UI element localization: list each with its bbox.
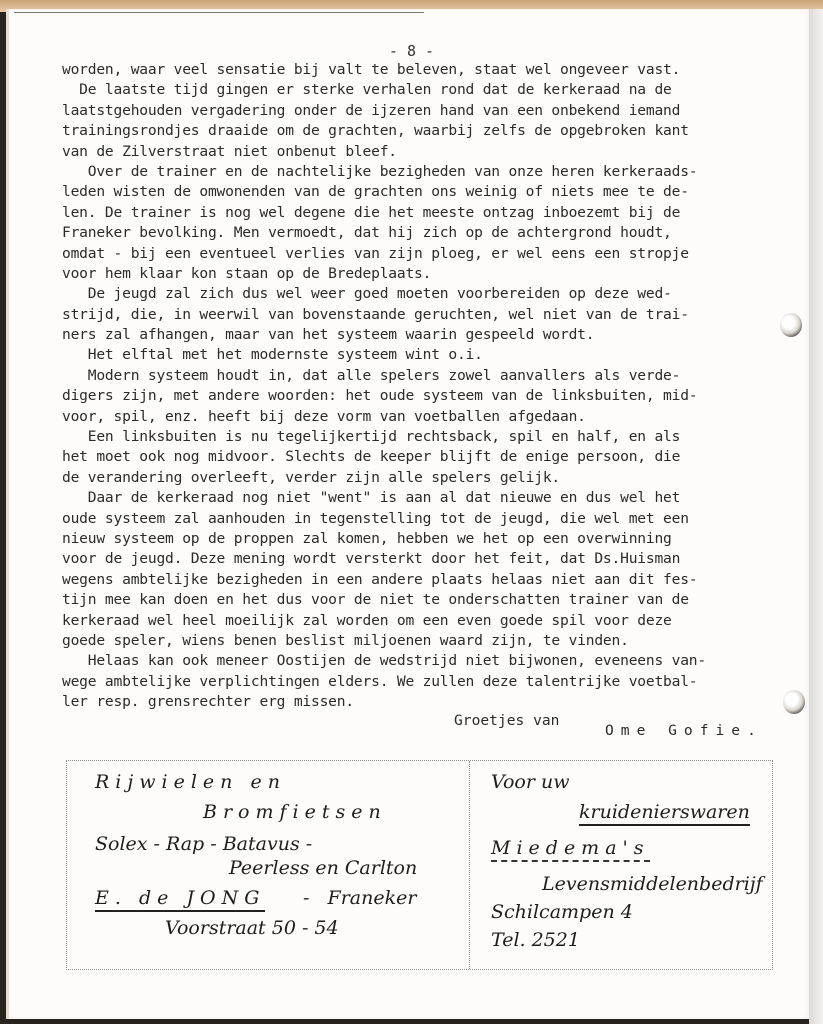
text-line: wegens ambtelijke bezigheden in een ande… bbox=[62, 570, 782, 590]
text-line: tijn mee kan doen en het dus voor de nie… bbox=[62, 590, 782, 610]
ad-right-address: Schilcampen 4 bbox=[491, 901, 633, 923]
ad-left-brands: Solex - Rap - Batavus - bbox=[95, 833, 312, 855]
ad-left-address: Voorstraat 50 - 54 bbox=[165, 917, 339, 939]
text-line: goede speler, wiens benen beslist miljoe… bbox=[62, 631, 782, 651]
text-line: ler resp. grensrechter erg missen. bbox=[62, 692, 782, 712]
text-line: laatstgehouden vergadering onder de ijze… bbox=[62, 101, 782, 121]
text-line: Modern systeem houdt in, dat alle speler… bbox=[62, 366, 782, 386]
ad-right-phone: Tel. 2521 bbox=[491, 929, 580, 951]
text-line: Helaas kan ook meneer Oostijen de wedstr… bbox=[62, 651, 782, 671]
ad-left-town: - Franeker bbox=[303, 887, 416, 909]
text-line: Franeker bevolking. Men vermoedt, dat hi… bbox=[62, 223, 782, 243]
top-rule bbox=[14, 12, 424, 13]
text-line: oude systeem zal aanhouden in tegenstell… bbox=[62, 509, 782, 529]
ads-divider bbox=[469, 761, 470, 969]
text-line: Daar de kerkeraad nog niet "went" is aan… bbox=[62, 488, 782, 508]
text-line: trainingsrondjes draaide om de grachten,… bbox=[62, 121, 782, 141]
text-line: leden wisten de omwonenden van de gracht… bbox=[62, 182, 782, 202]
article-body: worden, waar veel sensatie bij valt te b… bbox=[62, 60, 782, 713]
text-line: kerkeraad wel heel moeilijk zal worden o… bbox=[62, 611, 782, 631]
text-line: van de Zilverstraat niet onbenut bleef. bbox=[62, 142, 782, 162]
author-signature: Ome Gofie. bbox=[605, 722, 763, 739]
text-line: voor hem klaar kon staan op de Bredeplaa… bbox=[62, 264, 782, 284]
signoff-text: Groetjes van bbox=[454, 712, 559, 729]
text-line: De laatste tijd gingen er sterke verhale… bbox=[62, 80, 782, 100]
text-line: voor de jeugd. Deze mening wordt verster… bbox=[62, 549, 782, 569]
text-line: het moet ook nog midvoor. Slechts de kee… bbox=[62, 447, 782, 467]
text-line: nieuw systeem op de proppen zal komen, h… bbox=[62, 529, 782, 549]
ad-left-shop-name: E. de JONG bbox=[95, 887, 265, 912]
text-line: de verandering overleeft, verder zijn al… bbox=[62, 468, 782, 488]
text-line: Het elftal met het modernste systeem win… bbox=[62, 345, 782, 365]
ad-right-line2: kruidenierswaren bbox=[579, 801, 750, 826]
ad-left-brands-2: Peerless en Carlton bbox=[229, 857, 417, 879]
text-line: strijd, die, in weerwil van bovenstaande… bbox=[62, 305, 782, 325]
text-line: worden, waar veel sensatie bij valt te b… bbox=[62, 60, 782, 80]
text-line: De jeugd zal zich dus wel weer goed moet… bbox=[62, 284, 782, 304]
text-line: digers zijn, met andere woorden: het oud… bbox=[62, 386, 782, 406]
text-line: Over de trainer en de nachtelijke bezigh… bbox=[62, 162, 782, 182]
page-number: - 8 - bbox=[0, 42, 823, 60]
ad-right-line1: Voor uw bbox=[491, 771, 569, 793]
text-line: voor, spil, enz. heeft bij deze vorm van… bbox=[62, 407, 782, 427]
punch-hole-icon bbox=[780, 313, 802, 337]
text-line: omdat - bij een eventueel verlies van zi… bbox=[62, 244, 782, 264]
text-line: wege ambtelijke verplichtingen elders. W… bbox=[62, 672, 782, 692]
ad-left-line2: Bromfietsen bbox=[203, 801, 387, 823]
ad-right-shop-name: Miedema's bbox=[491, 837, 650, 862]
ad-right-line3: Levensmiddelenbedrijf bbox=[542, 873, 763, 895]
advertisements-box: Rijwielen en Bromfietsen Solex - Rap - B… bbox=[66, 760, 773, 970]
text-line: len. De trainer is nog wel degene die he… bbox=[62, 203, 782, 223]
ad-left-line1: Rijwielen en bbox=[95, 771, 286, 793]
page-binding-strip bbox=[809, 9, 823, 1024]
text-line: Een linksbuiten is nu tegelijkertijd rec… bbox=[62, 427, 782, 447]
punch-hole-icon bbox=[783, 690, 805, 714]
text-line: ners zal afhangen, maar van het systeem … bbox=[62, 325, 782, 345]
